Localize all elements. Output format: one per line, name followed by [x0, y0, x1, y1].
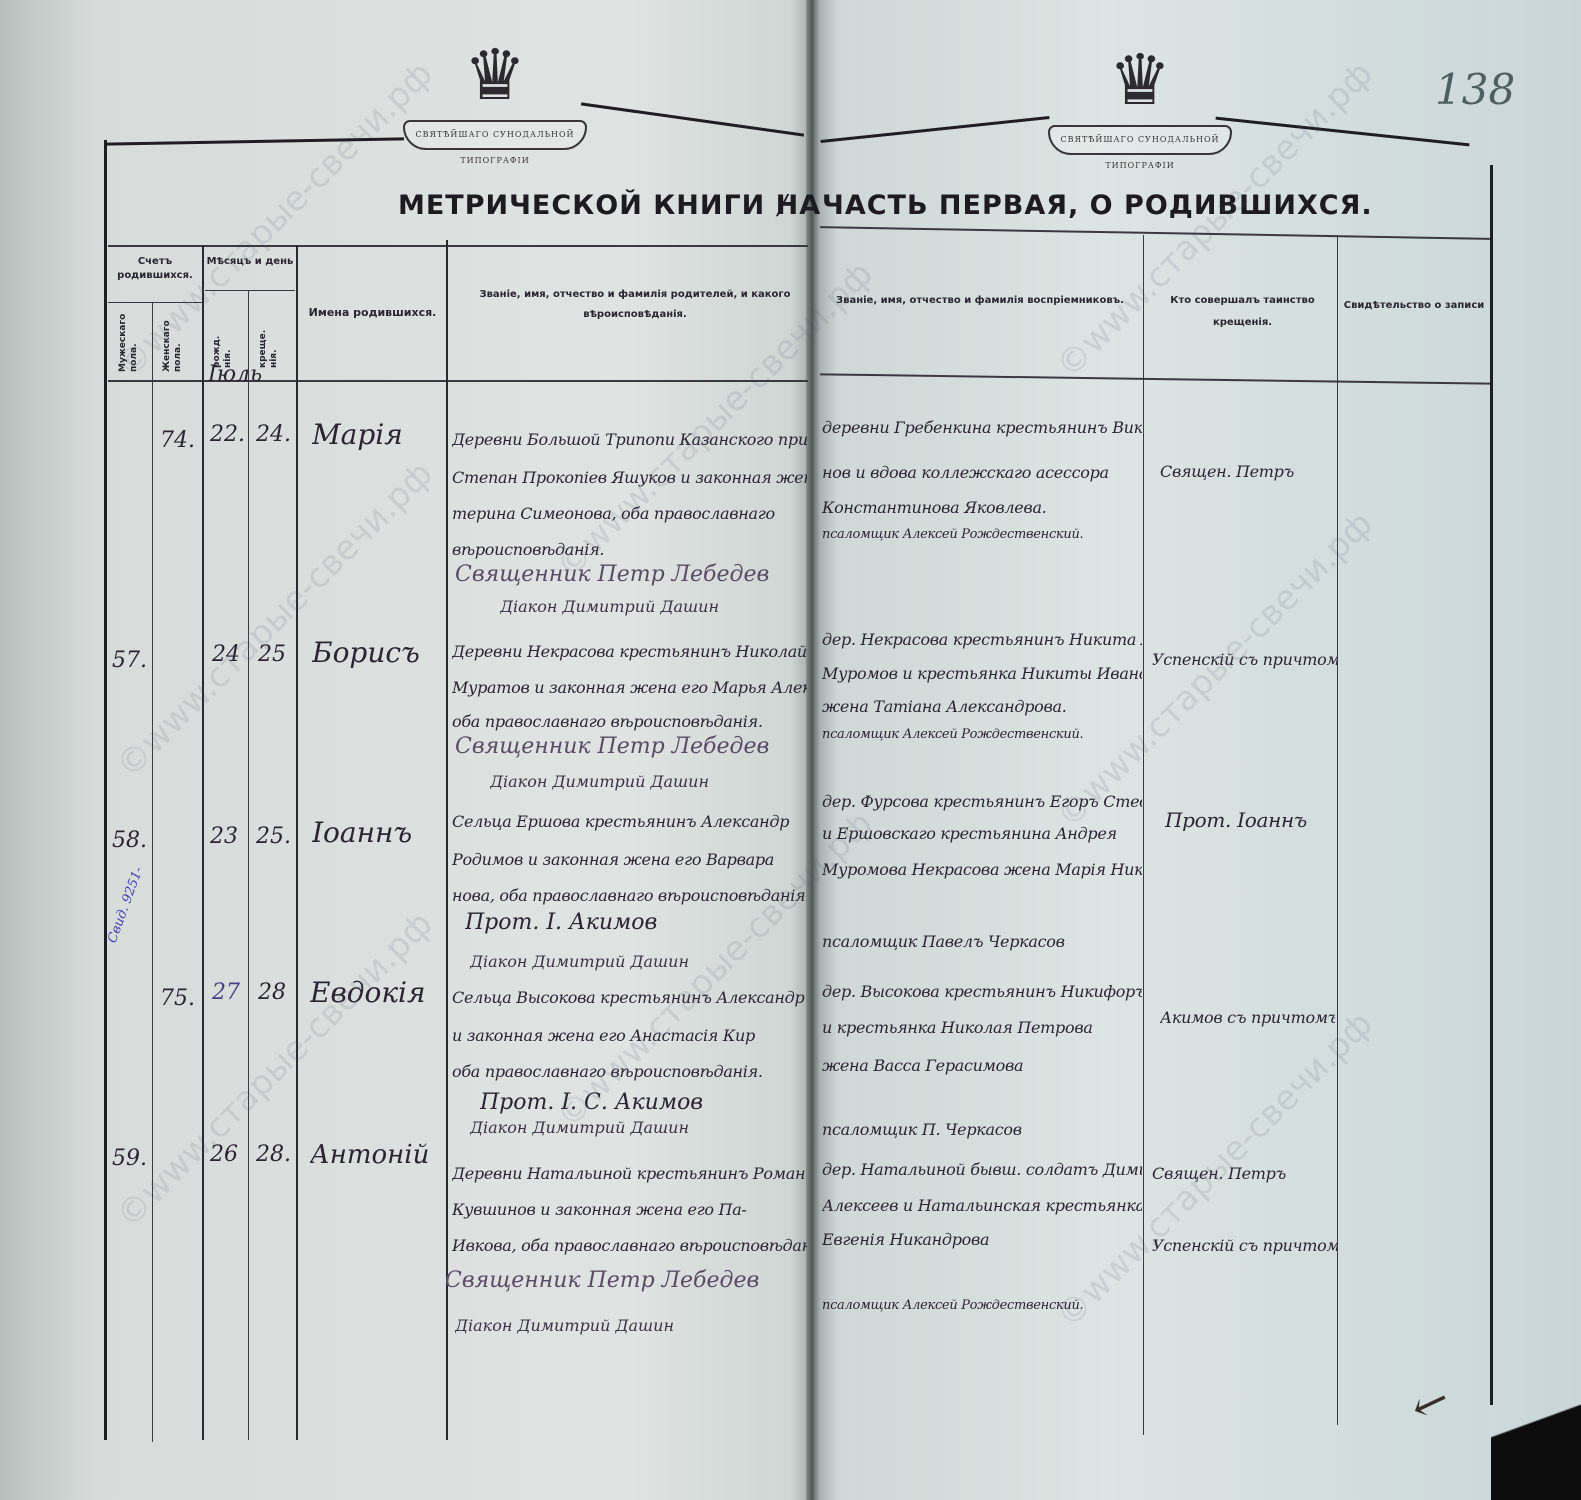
right-page [815, 0, 1581, 1500]
entry-child-name: Борисъ [312, 636, 420, 669]
entry-officiant: Успенскій съ причтомъ. [1152, 650, 1337, 669]
entry-godparents-line: Евгенія Никандрова [822, 1230, 1142, 1249]
entry-godparents-line: дер. Некрасова крестьянинъ Никита Алексе… [822, 630, 1142, 649]
entry-godparents-line: жена Васса Герасимова [822, 1056, 1142, 1075]
entry-godparents-line: псаломщик Алексей Рождественский. [822, 1298, 1142, 1313]
entry-signature-priest: Священник Петр Лебедев [455, 734, 810, 759]
title-left: МЕТРИЧЕСКОЙ КНИГИ НА [398, 190, 821, 221]
col-line [446, 240, 448, 1440]
entry-born-day: 27 [212, 980, 240, 1005]
header-godparents: Званіе, имя, отчество и фамилія воспріем… [825, 290, 1135, 312]
entry-signature-deacon: Діакон Димитрий Дашин [500, 597, 810, 616]
month-subrule [205, 290, 295, 291]
page-corner-shadow [1491, 1340, 1581, 1500]
header-month-day: Мѣсяцъ и день [205, 255, 295, 269]
entry-parents-line: Муратов и законная жена его Марья Алексе… [452, 678, 807, 697]
header-count-female: Женскаго пола. [162, 312, 184, 372]
entry-child-name: Евдокія [310, 976, 426, 1009]
entry-godparents-line: дер. Натальиной бывш. солдатъ Димитрий [822, 1160, 1142, 1179]
entry-godparents-line: псаломщик Павелъ Черкасов [822, 932, 1142, 951]
entry-godparents-line: деревни Гребенкина крестьянинъ Викторъ С… [822, 418, 1142, 437]
header-officiant: Кто совершалъ таинство крещенія. [1150, 290, 1335, 334]
entry-godparents-line: Муромов и крестьянка Никиты Иванова [822, 664, 1142, 683]
entry-officiant: Прот. Іоаннъ [1165, 808, 1335, 832]
entry-signature-priest: Прот. І. Акимов [465, 910, 805, 935]
title-right: ЧАСТЬ ПЕРВАЯ, О РОДИВШИХСЯ. [822, 190, 1373, 221]
header-born: рожд. нія. [212, 318, 234, 368]
header-witness: Свидѣтельство о записи [1340, 295, 1488, 317]
double-headed-eagle-icon: ♛ [1109, 35, 1172, 125]
entry-parents-line: Ивкова, оба православнаго вѣроисповѣдані… [452, 1236, 807, 1255]
entry-officiant: Акимов съ причтомъ. [1160, 1008, 1335, 1027]
col-line [296, 245, 298, 1440]
entry-baptized-day: 28 [258, 980, 286, 1005]
entry-godparents-line: жена Татіана Александрова. [822, 697, 1142, 716]
frame-right [1490, 165, 1493, 1405]
entry-female-count: 75. [160, 986, 195, 1011]
entry-parents-line: нова, оба православнаго вѣроисповѣданія. [452, 886, 807, 905]
entry-godparents-line: дер. Фурсова крестьянинъ Егоръ Стефанов, [822, 792, 1142, 811]
entry-parents-line: вѣроисповѣданія. [452, 540, 807, 559]
entry-baptized-day: 25 [258, 642, 286, 667]
entry-born-day: 23 [210, 824, 238, 849]
entry-child-name: Антоній [310, 1140, 429, 1170]
entry-signature-deacon: Діакон Димитрий Дашин [455, 1316, 805, 1335]
entry-female-count: 74. [160, 428, 195, 453]
entry-male-count: 59. [112, 1146, 147, 1171]
entry-signature-deacon: Діакон Димитрий Дашин [490, 772, 810, 791]
double-headed-eagle-icon: ♛ [464, 30, 527, 120]
entry-parents-line: Сельца Ершова крестьянинъ Александр [452, 812, 807, 831]
entry-godparents-line: псаломщик Алексей Рождественский. [822, 727, 1142, 742]
frame-left [104, 140, 107, 1440]
col-line [1337, 235, 1338, 1425]
entry-signature-priest: Прот. І. С. Акимов [480, 1090, 805, 1115]
entry-godparents-line: псаломщик Алексей Рождественский. [822, 527, 1142, 542]
entry-godparents-line: псаломщик П. Черкасов [822, 1120, 1142, 1139]
entry-parents-line: Кувшинов и законная жена его Па- [452, 1200, 807, 1219]
entry-male-count: 58. [112, 828, 147, 853]
header-top-rule-left [108, 245, 808, 247]
entry-parents-line: оба православнаго вѣроисповѣданія. [452, 712, 807, 731]
col-line [152, 302, 153, 1442]
entry-baptized-day: 24. [256, 422, 291, 447]
open-metric-book: ♛ СВЯТѢЙШАГО СУНОДАЛЬНОЙ ТИПОГРАФІИ ♛ СВ… [0, 0, 1581, 1500]
title-year-handwritten: / [778, 190, 788, 221]
header-count-male: Мужескаго пола. [118, 312, 140, 372]
header-count-group: Счетъ родившихся. [108, 255, 202, 283]
entry-parents-line: Деревни Натальиной крестьянинъ Роман [452, 1164, 807, 1183]
col-line [248, 290, 249, 1440]
entry-officiant: Священ. Петръ [1152, 1164, 1337, 1183]
entry-godparents-line: Муромова Некрасова жена Марія Никитина. [822, 860, 1142, 879]
entry-parents-line: и законная жена его Анастасія Кир [452, 1026, 807, 1045]
entry-signature-priest: Священник Петр Лебедев [445, 1268, 805, 1293]
entry-baptized-day: 28. [256, 1142, 291, 1167]
entry-signature-deacon: Діакон Димитрий Дашин [470, 1118, 810, 1137]
entry-born-day: 24 [212, 642, 240, 667]
entry-born-day: 22. [210, 422, 245, 447]
entry-parents-line: Деревни Некрасова крестьянинъ Николай [452, 642, 807, 661]
entry-child-name: Іоаннъ [312, 816, 412, 849]
entry-godparents-line: и Ершовскаго крестьянина Андрея [822, 824, 1142, 843]
entry-born-day: 26 [210, 1142, 238, 1167]
crest-left: ♛ СВЯТѢЙШАГО СУНОДАЛЬНОЙ ТИПОГРАФІИ [405, 30, 585, 170]
col-line [202, 245, 204, 1440]
crest-ribbon: СВЯТѢЙШАГО СУНОДАЛЬНОЙ ТИПОГРАФІИ [1048, 125, 1232, 155]
entry-parents-line: Сельца Высокова крестьянинъ Александр [452, 988, 807, 1007]
entry-signature-priest: Священник Петр Лебедев [455, 562, 810, 587]
entry-parents-line: Деревни Большой Трипопи Казанского прихо… [452, 430, 807, 449]
entry-parents-line: оба православнаго вѣроисповѣданія. [452, 1062, 807, 1081]
entry-officiant: Священ. Петръ [1160, 462, 1335, 481]
entry-baptized-day: 25. [256, 824, 291, 849]
header-names: Имена родившихся. [300, 306, 445, 320]
header-baptized: креще. нія. [258, 318, 280, 368]
count-subrule [108, 302, 203, 303]
entry-godparents-line: Алексеев и Натальинская крестьянка [822, 1196, 1142, 1215]
entry-godparents-line: Константинова Яковлева. [822, 498, 1142, 517]
entry-male-count: 57. [112, 648, 147, 673]
header-parents: Званіе, имя, отчество и фамилія родителе… [460, 285, 810, 325]
entry-signature-deacon: Діакон Димитрий Дашин [470, 952, 810, 971]
entry-godparents-line: нов и вдова коллежскаго асессора [822, 463, 1142, 482]
entry-officiant-secondary: Успенскій съ причтомъ [1152, 1236, 1337, 1255]
header-month-handwritten: Іюль [208, 362, 262, 387]
entry-parents-line: терина Симеонова, оба православнаго [452, 504, 807, 523]
entry-parents-line: Родимов и законная жена его Варвара [452, 850, 807, 869]
entry-child-name: Марія [312, 418, 403, 451]
col-line [1143, 235, 1144, 1435]
crest-right: ♛ СВЯТѢЙШАГО СУНОДАЛЬНОЙ ТИПОГРАФІИ [1050, 35, 1230, 175]
entry-parents-line: Степан Прокопіев Яшуков и законная жена … [452, 468, 807, 487]
crest-ribbon: СВЯТѢЙШАГО СУНОДАЛЬНОЙ ТИПОГРАФІИ [403, 120, 587, 150]
page-number: 138 [1435, 65, 1515, 114]
entry-godparents-line: и крестьянка Николая Петрова [822, 1018, 1142, 1037]
entry-godparents-line: дер. Высокова крестьянинъ Никифоръ Петро… [822, 982, 1142, 1001]
